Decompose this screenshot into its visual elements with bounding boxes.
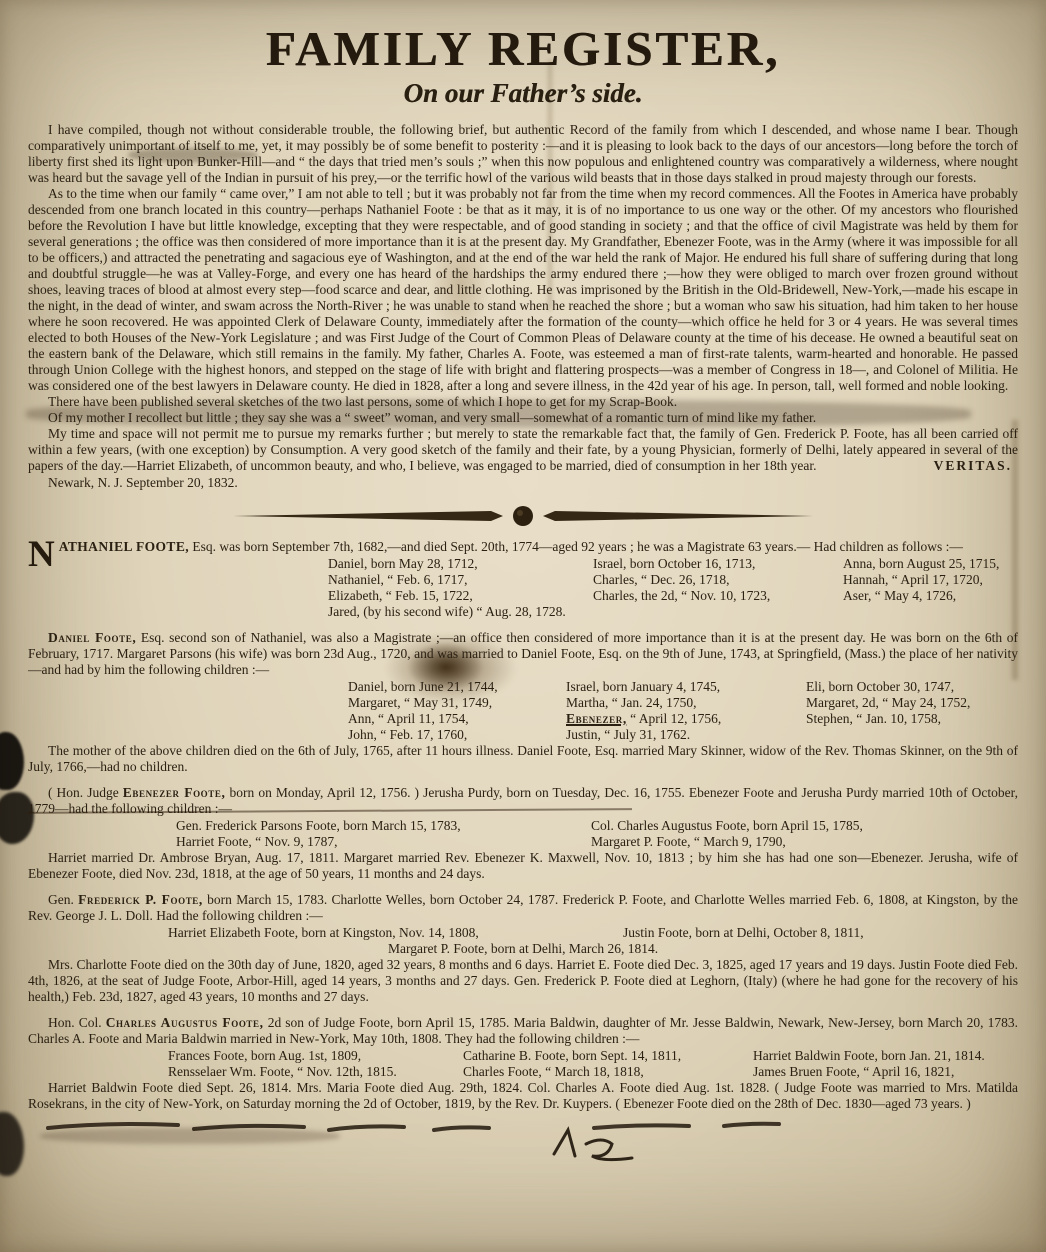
child-record: Jared, (by his second wife) “ Aug. 28, 1… — [328, 604, 843, 620]
honorific: Gen. — [48, 892, 78, 907]
child-record: Catharine B. Foote, born Sept. 14, 1811, — [463, 1048, 753, 1064]
pen-dashes-ornament — [34, 1116, 1024, 1168]
section-nathaniel-foote: NATHANIEL FOOTE, Esq. was born September… — [28, 539, 1018, 620]
intro-paragraph-2: As to the time when our family “ came ov… — [28, 186, 1018, 394]
handwritten-flourish — [34, 1116, 1018, 1168]
charles-lead: Hon. Col. Charles Augustus Foote, 2d son… — [28, 1015, 1018, 1047]
child-record: Gen. Frederick Parsons Foote, born March… — [176, 818, 591, 834]
child-record: John, “ Feb. 17, 1760, — [348, 727, 566, 743]
section-frederick-foote: Gen. Frederick P. Foote, born March 15, … — [28, 892, 1018, 1005]
intro-paragraph-4: Of my mother I recollect but little ; th… — [28, 410, 1018, 426]
intro-paragraph-1: I have compiled, though not without cons… — [28, 122, 1018, 186]
frederick-notes: Mrs. Charlotte Foote died on the 30th da… — [28, 957, 1018, 1005]
page-subtitle: On our Father’s side. — [28, 78, 1018, 108]
child-record: Col. Charles Augustus Foote, born April … — [591, 818, 1018, 834]
children-table-daniel: Daniel, born June 21, 1744, Israel, born… — [348, 679, 1018, 743]
child-record: Charles, “ Dec. 26, 1718, — [593, 572, 843, 588]
ebenezer-lead: ( Hon. Judge Ebenezer Foote, born on Mon… — [28, 785, 1018, 817]
child-record: Charles Foote, “ March 18, 1818, — [463, 1064, 753, 1080]
intro-paragraph-5-text: My time and space will not permit me to … — [28, 426, 1018, 473]
child-record: Hannah, “ April 17, 1720, — [843, 572, 1018, 588]
honorific: Hon. Col. — [48, 1015, 106, 1030]
children-table-charles: Frances Foote, born Aug. 1st, 1809, Cath… — [168, 1048, 1018, 1080]
tapered-rule-ornament — [203, 503, 843, 529]
person-name: ATHANIEL FOOTE, — [59, 539, 189, 554]
highlighted-name: Ebenezer, — [566, 711, 627, 726]
child-record: Eli, born October 30, 1747, — [806, 679, 1018, 695]
intro-paragraph-5: My time and space will not permit me to … — [28, 426, 1018, 474]
child-record: Ann, “ April 11, 1754, — [348, 711, 566, 727]
child-record: Margaret, 2d, “ May 24, 1752, — [806, 695, 1018, 711]
section-divider — [203, 503, 843, 529]
daniel-lead-text: Esq. second son of Nathaniel, was also a… — [28, 630, 1018, 677]
child-record-date: “ April 12, 1756, — [627, 711, 722, 726]
section-charles-foote: Hon. Col. Charles Augustus Foote, 2d son… — [28, 1015, 1018, 1112]
child-record: Nathaniel, “ Feb. 6, 1717, — [328, 572, 593, 588]
document-content: FAMILY REGISTER, On our Father’s side. I… — [0, 0, 1046, 1168]
child-record: Rensselaer Wm. Foote, “ Nov. 12th, 1815. — [168, 1064, 463, 1080]
person-name: Frederick P. Foote, — [78, 892, 203, 907]
frederick-lead: Gen. Frederick P. Foote, born March 15, … — [28, 892, 1018, 924]
intro-paragraph-3: There have been published several sketch… — [28, 394, 1018, 410]
child-record: Charles, the 2d, “ Nov. 10, 1723, — [593, 588, 843, 604]
dateline: Newark, N. J. September 20, 1832. — [28, 475, 1018, 491]
child-record: Stephen, “ Jan. 10, 1758, — [806, 711, 1018, 727]
page-title: FAMILY REGISTER, — [28, 0, 1018, 74]
nathaniel-lead: NATHANIEL FOOTE, Esq. was born September… — [28, 539, 1018, 555]
section-ebenezer-foote: ( Hon. Judge Ebenezer Foote, born on Mon… — [28, 785, 1018, 882]
child-record-ebenezer: Ebenezer, “ April 12, 1756, — [566, 711, 806, 727]
introduction: I have compiled, though not without cons… — [28, 122, 1018, 491]
children-table-nathaniel: Daniel, born May 28, 1712, Israel, born … — [328, 556, 1018, 620]
child-record: Israel, born January 4, 1745, — [566, 679, 806, 695]
child-record: Israel, born October 16, 1713, — [593, 556, 843, 572]
document-header: FAMILY REGISTER, On our Father’s side. — [28, 0, 1018, 108]
child-record: Margaret P. Foote, “ March 9, 1790, — [591, 834, 1018, 850]
child-record: Daniel, born June 21, 1744, — [348, 679, 566, 695]
child-record: Harriet Elizabeth Foote, born at Kingsto… — [168, 925, 623, 941]
person-name: Daniel Foote, — [48, 630, 136, 645]
signature: VERITAS. — [934, 458, 1012, 474]
family-register-document: FAMILY REGISTER, On our Father’s side. I… — [0, 0, 1046, 1252]
daniel-lead: Daniel Foote, Esq. second son of Nathani… — [28, 630, 1018, 678]
section-daniel-foote: Daniel Foote, Esq. second son of Nathani… — [28, 630, 1018, 775]
child-record: Margaret, “ May 31, 1749, — [348, 695, 566, 711]
child-record: Margaret P. Foote, born at Delhi, March … — [388, 941, 1018, 957]
drop-cap: N — [28, 539, 59, 569]
children-table-ebenezer: Gen. Frederick Parsons Foote, born March… — [176, 818, 1018, 850]
child-record: Justin Foote, born at Delhi, October 8, … — [623, 925, 1018, 941]
child-record: Daniel, born May 28, 1712, — [328, 556, 593, 572]
person-name: Charles Augustus Foote, — [106, 1015, 264, 1030]
honorific: ( Hon. Judge — [48, 785, 123, 800]
child-record: Anna, born August 25, 1715, — [843, 556, 1018, 572]
nathaniel-lead-text: Esq. was born September 7th, 1682,—and d… — [189, 539, 963, 554]
child-record: Martha, “ Jan. 24, 1750, — [566, 695, 806, 711]
child-record: Justin, “ July 31, 1762. — [566, 727, 806, 743]
children-table-frederick: Harriet Elizabeth Foote, born at Kingsto… — [168, 925, 1018, 941]
charles-notes: Harriet Baldwin Foote died Sept. 26, 181… — [28, 1080, 1018, 1112]
ebenezer-notes: Harriet married Dr. Ambrose Bryan, Aug. … — [28, 850, 1018, 882]
child-record: Harriet Foote, “ Nov. 9, 1787, — [176, 834, 591, 850]
child-record: Harriet Baldwin Foote, born Jan. 21, 181… — [753, 1048, 1018, 1064]
person-name: Ebenezer Foote, — [123, 785, 226, 800]
child-record: Aser, “ May 4, 1726, — [843, 588, 1018, 604]
daniel-notes: The mother of the above children died on… — [28, 743, 1018, 775]
child-record: Frances Foote, born Aug. 1st, 1809, — [168, 1048, 463, 1064]
child-record: Elizabeth, “ Feb. 15, 1722, — [328, 588, 593, 604]
child-record: James Bruen Foote, “ April 16, 1821, — [753, 1064, 1018, 1080]
